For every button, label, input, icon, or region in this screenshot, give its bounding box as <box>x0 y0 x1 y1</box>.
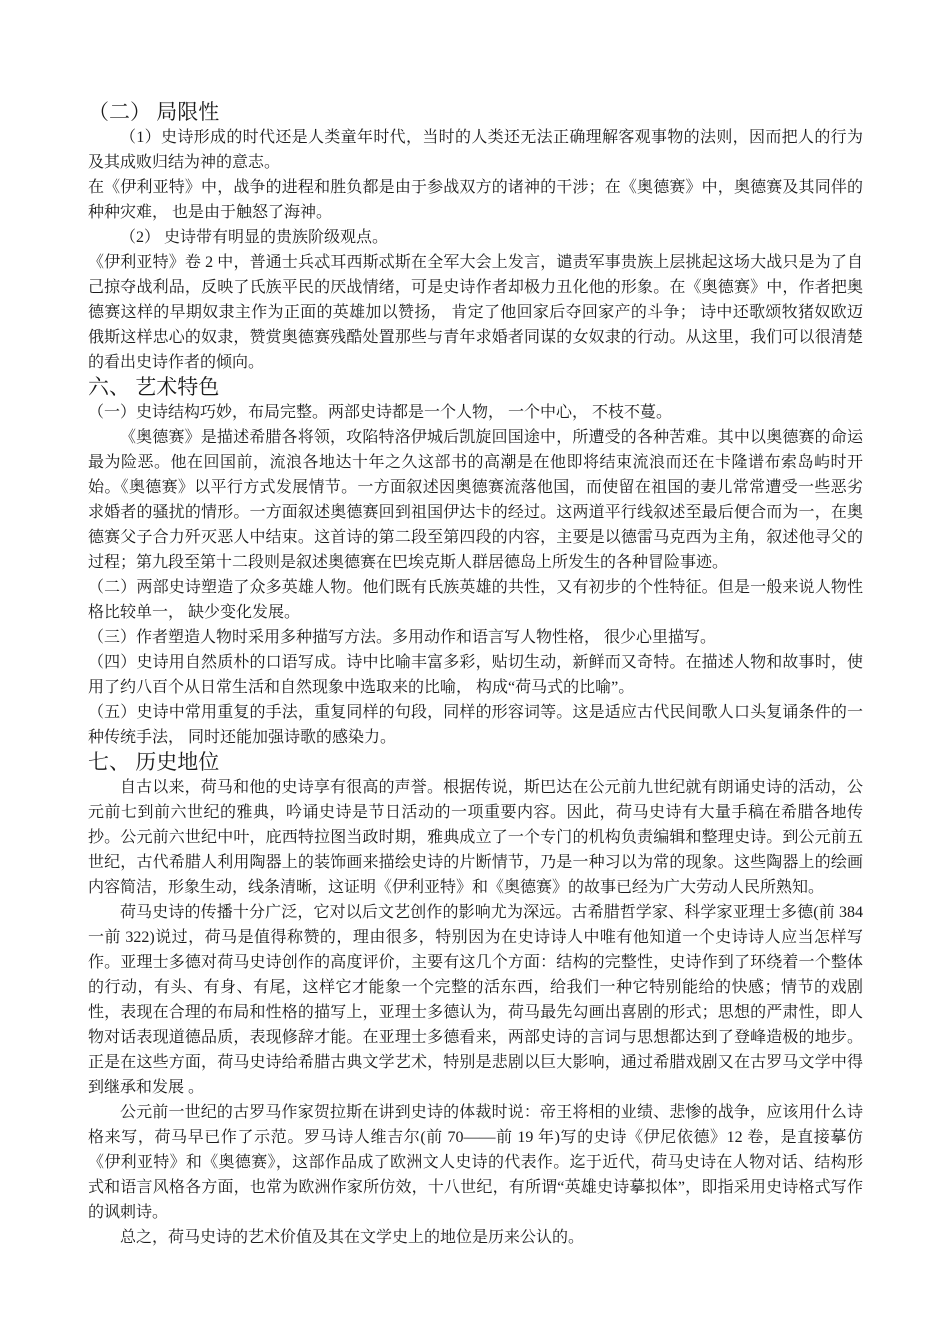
section-heading-historical-status: 七、 历史地位 <box>88 750 863 775</box>
paragraph: 总之，荷马史诗的艺术价值及其在文学史上的地位是历来公认的。 <box>88 1225 863 1250</box>
paragraph: （二）两部史诗塑造了众多英雄人物。他们既有氏族英雄的共性，又有初步的个性特征。但… <box>88 575 863 625</box>
section-artistic-features: 六、 艺术特色 （一）史诗结构巧妙，布局完整。两部史诗都是一个人物， 一个中心，… <box>88 375 863 750</box>
paragraph: （三）作者塑造人物时采用多种描写方法。多用动作和语言写人物性格， 很少心里描写。 <box>88 625 863 650</box>
paragraph: 《伊利亚特》卷 2 中，普通士兵忒耳西斯忒斯在全军大会上发言，谴责军事贵族上层挑… <box>88 250 863 375</box>
paragraph: 荷马史诗的传播十分广泛，它对以后文艺创作的影响尤为深远。古希腊哲学家、科学家亚理… <box>88 900 863 1100</box>
paragraph: （2） 史诗带有明显的贵族阶级观点。 <box>88 225 863 250</box>
paragraph: 公元前一世纪的古罗马作家贺拉斯在讲到史诗的体裁时说：帝王将相的业绩、悲惨的战争，… <box>88 1100 863 1225</box>
paragraph: （四）史诗用自然质朴的口语写成。诗中比喻丰富多彩，贴切生动，新鲜而又奇特。在描述… <box>88 650 863 700</box>
paragraph: 自古以来，荷马和他的史诗享有很高的声誉。根据传说，斯巴达在公元前九世纪就有朗诵史… <box>88 775 863 900</box>
paragraph: 在《伊利亚特》中，战争的进程和胜负都是由于参战双方的诸神的干涉；在《奥德赛》中，… <box>88 175 863 225</box>
section-heading-artistic-features: 六、 艺术特色 <box>88 375 863 400</box>
section-limitations: （二） 局限性 （1）史诗形成的时代还是人类童年时代，当时的人类还无法正确理解客… <box>88 100 863 375</box>
paragraph: 《奥德赛》是描述希腊各将领，攻陷特洛伊城后凯旋回国途中，所遭受的各种苦难。其中以… <box>88 425 863 575</box>
document-page: （二） 局限性 （1）史诗形成的时代还是人类童年时代，当时的人类还无法正确理解客… <box>0 0 950 1344</box>
paragraph: （1）史诗形成的时代还是人类童年时代，当时的人类还无法正确理解客观事物的法则，因… <box>88 125 863 175</box>
section-historical-status: 七、 历史地位 自古以来，荷马和他的史诗享有很高的声誉。根据传说，斯巴达在公元前… <box>88 750 863 1250</box>
section-heading-limitations: （二） 局限性 <box>88 100 863 125</box>
paragraph: （五）史诗中常用重复的手法，重复同样的句段，同样的形容词等。这是适应古代民间歌人… <box>88 700 863 750</box>
paragraph: （一）史诗结构巧妙，布局完整。两部史诗都是一个人物， 一个中心， 不枝不蔓。 <box>88 400 863 425</box>
